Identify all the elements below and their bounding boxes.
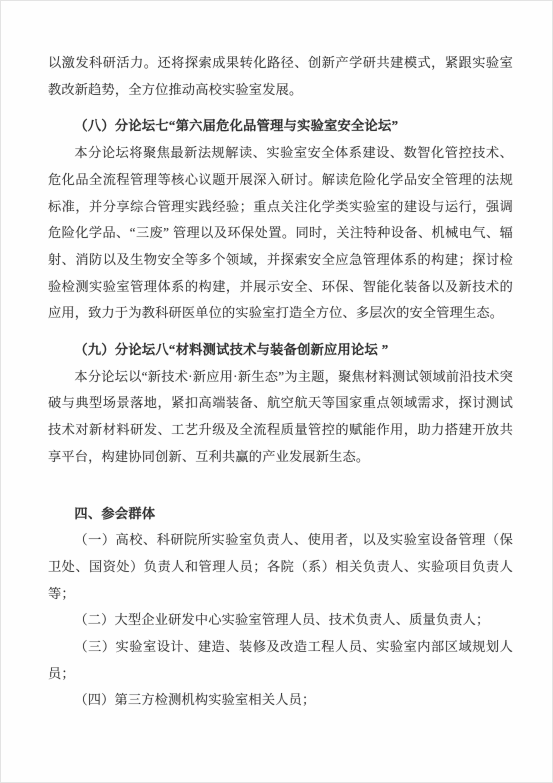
paragraph-forum-seven-description: 本分论坛将聚焦最新法规解读、实验室安全体系建设、数智化管控技术、危化品全流程管理… (48, 140, 513, 327)
paragraph-forum-eight-description: 本分论坛以“新技术·新应用·新生态”为主题，聚焦材料测试领域前沿技术突破与典型场… (48, 364, 513, 471)
heading-section-four-participants: 四、参会群体 (48, 501, 513, 528)
paragraph-participant-group-4: （四）第三方检测机构实验室相关人员； (48, 687, 513, 714)
paragraph-intro-continuation: 以激发科研活力。还将探索成果转化路径、创新产学研共建模式，紧跟实验室教改新趋势，… (48, 50, 513, 103)
heading-forum-eight: （九）分论坛八“材料测试技术与装备创新应用论坛 ” (48, 337, 513, 364)
paragraph-participant-group-2: （二）大型企业研发中心实验室管理人员、技术负责人、质量负责人； (48, 607, 513, 634)
document-content: 以激发科研活力。还将探索成果转化路径、创新产学研共建模式，紧跟实验室教改新趋势，… (1, 1, 552, 782)
heading-forum-seven: （八）分论坛七“第六届危化品管理与实验室安全论坛” (48, 113, 513, 140)
paragraph-participant-group-3: （三）实验室设计、建造、装修及改造工程人员、实验室内部区域规划人员； (48, 634, 513, 687)
paragraph-participant-group-1: （一）高校、科研院所实验室负责人、使用者，以及实验室设备管理（保卫处、国资处）负… (48, 527, 513, 607)
document-page: 以激发科研活力。还将探索成果转化路径、创新产学研共建模式，紧跟实验室教改新趋势，… (0, 0, 553, 783)
